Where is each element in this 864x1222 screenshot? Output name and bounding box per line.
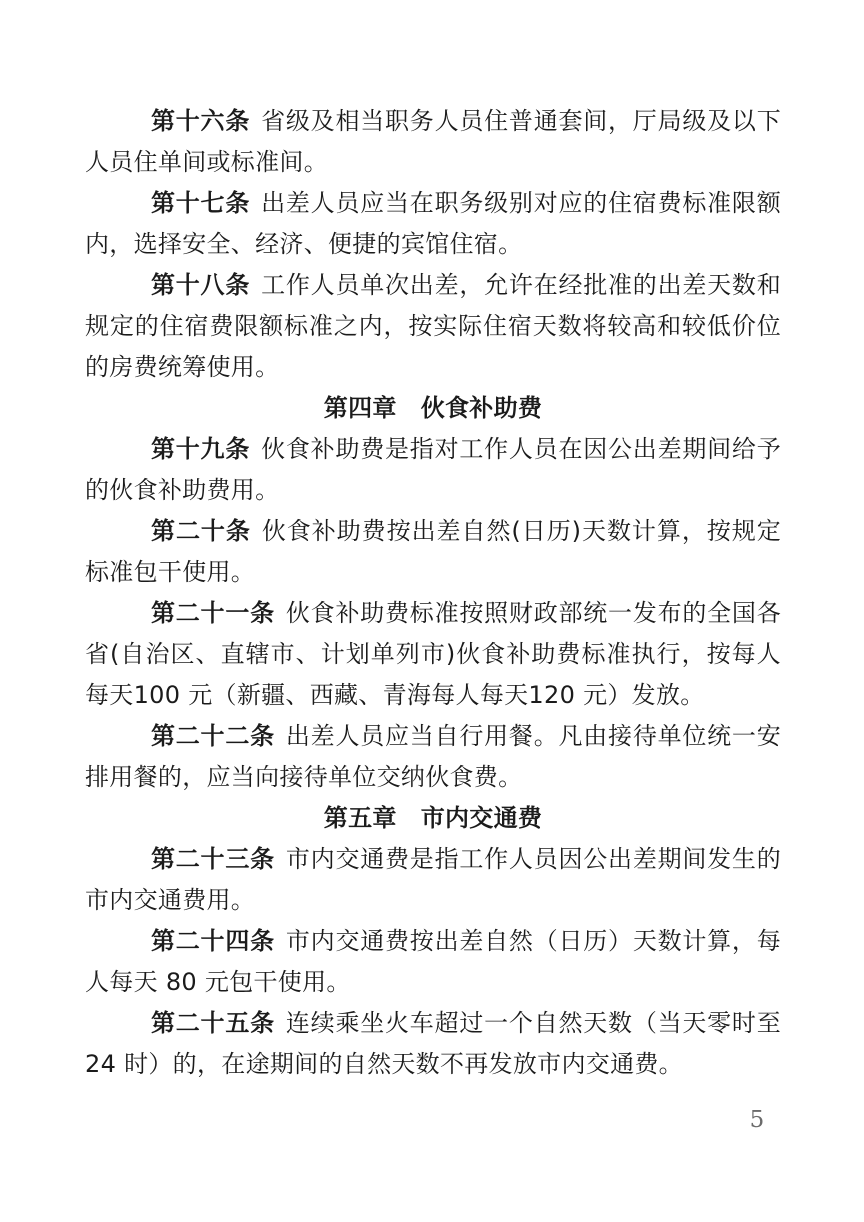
article-17: 第十七条出差人员应当在职务级别对应的住宿费标准限额内，选择安全、经济、便捷的宾馆… [85,183,781,265]
article-24-number: 第二十四条 [151,927,275,955]
article-21: 第二十一条伙食补助费标准按照财政部统一发布的全国各省(自治区、直辖市、计划单列市… [85,593,781,716]
article-22-number: 第二十二条 [151,722,275,750]
article-23: 第二十三条市内交通费是指工作人员因公出差期间发生的市内交通费用。 [85,839,781,921]
article-25: 第二十五条连续乘坐火车超过一个自然天数（当天零时至24 时）的，在途期间的自然天… [85,1003,781,1085]
article-18-number: 第十八条 [151,271,250,299]
chapter-5-heading: 第五章市内交通费 [85,798,781,839]
chapter-4-heading: 第四章伙食补助费 [85,388,781,429]
chapter-5-title: 市内交通费 [421,804,543,832]
article-20: 第二十条伙食补助费按出差自然(日历)天数计算，按规定标准包干使用。 [85,511,781,593]
chapter-4-title: 伙食补助费 [421,394,543,422]
article-19-number: 第十九条 [151,435,250,463]
article-22: 第二十二条出差人员应当自行用餐。凡由接待单位统一安排用餐的，应当向接待单位交纳伙… [85,716,781,798]
article-17-number: 第十七条 [151,189,250,217]
article-16-number: 第十六条 [151,107,250,135]
document-content: 第十六条省级及相当职务人员住普通套间，厅局级及以下人员住单间或标准间。 第十七条… [85,101,781,1085]
article-18: 第十八条工作人员单次出差，允许在经批准的出差天数和规定的住宿费限额标准之内，按实… [85,265,781,388]
article-16: 第十六条省级及相当职务人员住普通套间，厅局级及以下人员住单间或标准间。 [85,101,781,183]
chapter-5-label: 第五章 [324,804,397,832]
article-20-number: 第二十条 [151,517,251,545]
article-25-number: 第二十五条 [151,1009,275,1037]
document-page: 第十六条省级及相当职务人员住普通套间，厅局级及以下人员住单间或标准间。 第十七条… [0,0,864,1222]
article-19: 第十九条伙食补助费是指对工作人员在因公出差期间给予的伙食补助费用。 [85,429,781,511]
page-number: 5 [742,1104,772,1136]
article-24: 第二十四条市内交通费按出差自然（日历）天数计算，每人每天 80 元包干使用。 [85,921,781,1003]
chapter-4-label: 第四章 [324,394,397,422]
article-23-number: 第二十三条 [151,845,275,873]
article-21-number: 第二十一条 [151,599,275,627]
